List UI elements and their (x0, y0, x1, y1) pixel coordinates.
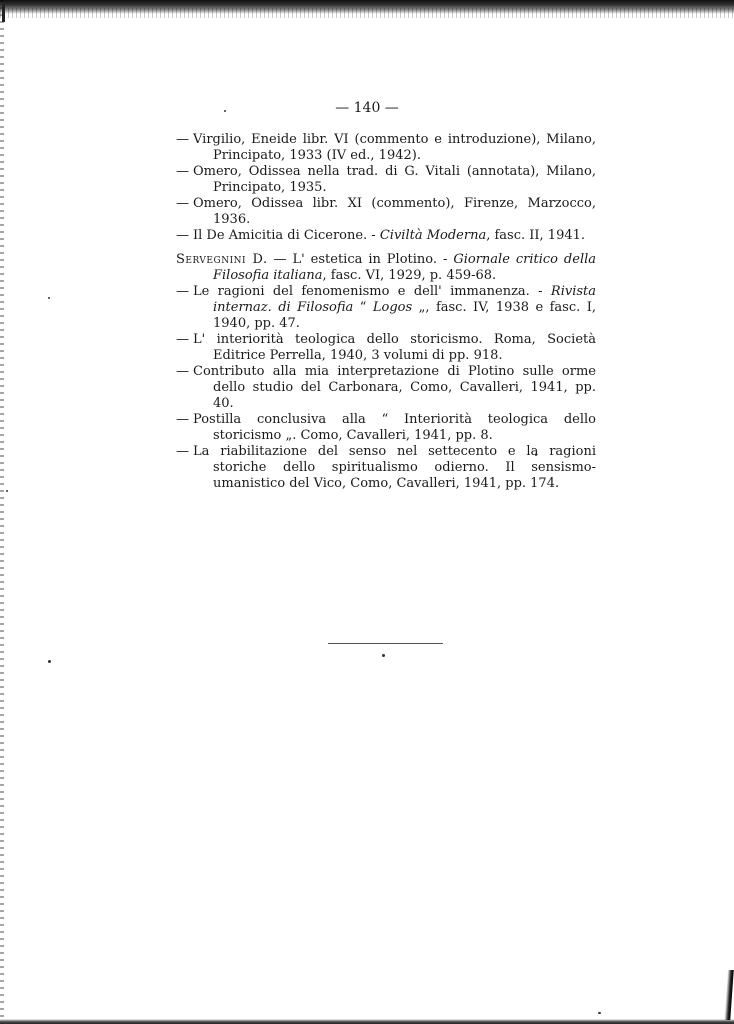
entry-dash: — (176, 364, 193, 380)
entry-text: La riabilitazione del senso nel settecen… (193, 444, 596, 491)
entry-dash: — (176, 196, 193, 212)
scan-speck (535, 454, 537, 456)
scan-right-corner-mark (724, 970, 733, 1020)
bibliography-entry: —Postilla conclusiva alla “ Interiorità … (176, 412, 596, 444)
entry-text: Il De Amicitia di Cicerone. - (193, 228, 380, 243)
entry-text: Omero, Odissea nella trad. di G. Vitali … (193, 164, 596, 195)
entry-dash: — (176, 332, 193, 348)
bibliography-entry: —Virgilio, Eneide libr. VI (commento e i… (176, 132, 596, 164)
scan-left-mark (2, 4, 5, 22)
bibliography-entry: —Contributo alla mia interpretazione di … (176, 364, 596, 412)
bibliography-section-servegnini: Servegnini D. — L' estetica in Plotino. … (176, 252, 596, 492)
entry-dash: — (176, 284, 193, 300)
entry-dash: — (176, 444, 193, 460)
bibliography-entry: —Omero, Odissea libr. XI (commento), Fir… (176, 196, 596, 228)
entry-text: Le ragioni del fenomenismo e dell' imman… (193, 284, 551, 299)
entry-text: “ (353, 300, 373, 315)
italic-title: Civiltà Moderna (380, 228, 486, 243)
entry-text: Postilla conclusiva alla “ Interiorità t… (193, 412, 596, 443)
scan-speck (6, 490, 8, 492)
scan-speck (598, 1012, 601, 1014)
entry-dash: — (176, 164, 193, 180)
entry-text: Omero, Odissea libr. XI (commento), Fire… (193, 196, 596, 227)
scan-speck (48, 297, 50, 299)
bibliography-section-1: —Virgilio, Eneide libr. VI (commento e i… (176, 132, 596, 244)
scan-speck (382, 654, 385, 657)
entry-text: Virgilio, Eneide libr. VI (commento e in… (193, 132, 596, 163)
entry-dash: — (176, 228, 193, 244)
bibliography: —Virgilio, Eneide libr. VI (commento e i… (176, 132, 596, 492)
author-entry-text: — L' estetica in Plotino. - Giornale cri… (213, 252, 596, 283)
scan-left-edge (0, 0, 4, 1024)
bibliography-entry: —Omero, Odissea nella trad. di G. Vitali… (176, 164, 596, 196)
entry-text: Contributo alla mia interpretazione di P… (193, 364, 596, 411)
italic-title: Logos (373, 300, 412, 315)
bibliography-entry: —La riabilitazione del senso nel settece… (176, 444, 596, 492)
end-divider-line (328, 643, 443, 644)
scan-speck (48, 660, 51, 663)
entry-dash: — (176, 132, 193, 148)
bibliography-entry: —Le ragioni del fenomenismo e dell' imma… (176, 284, 596, 332)
entry-text: L' interiorità teologica dello storicism… (193, 332, 596, 363)
entry-text: , fasc. II, 1941. (486, 228, 585, 243)
scan-bottom-edge (0, 1019, 734, 1024)
page-number: — 140 — (0, 100, 734, 116)
author-entries: —Le ragioni del fenomenismo e dell' imma… (176, 284, 596, 492)
scan-speck (224, 110, 226, 112)
entry-text: , fasc. VI, 1929, p. 459-68. (323, 268, 497, 283)
scan-top-edge (0, 0, 734, 14)
entry-text: — L' estetica in Plotino. - (268, 252, 454, 267)
entry-dash: — (176, 412, 193, 428)
bibliography-entry: —L' interiorità teologica dello storicis… (176, 332, 596, 364)
author-name: Servegnini D. (176, 252, 268, 267)
author-entry: Servegnini D. — L' estetica in Plotino. … (176, 252, 596, 284)
bibliography-entry: —Il De Amicitia di Cicerone. - Civiltà M… (176, 228, 596, 244)
